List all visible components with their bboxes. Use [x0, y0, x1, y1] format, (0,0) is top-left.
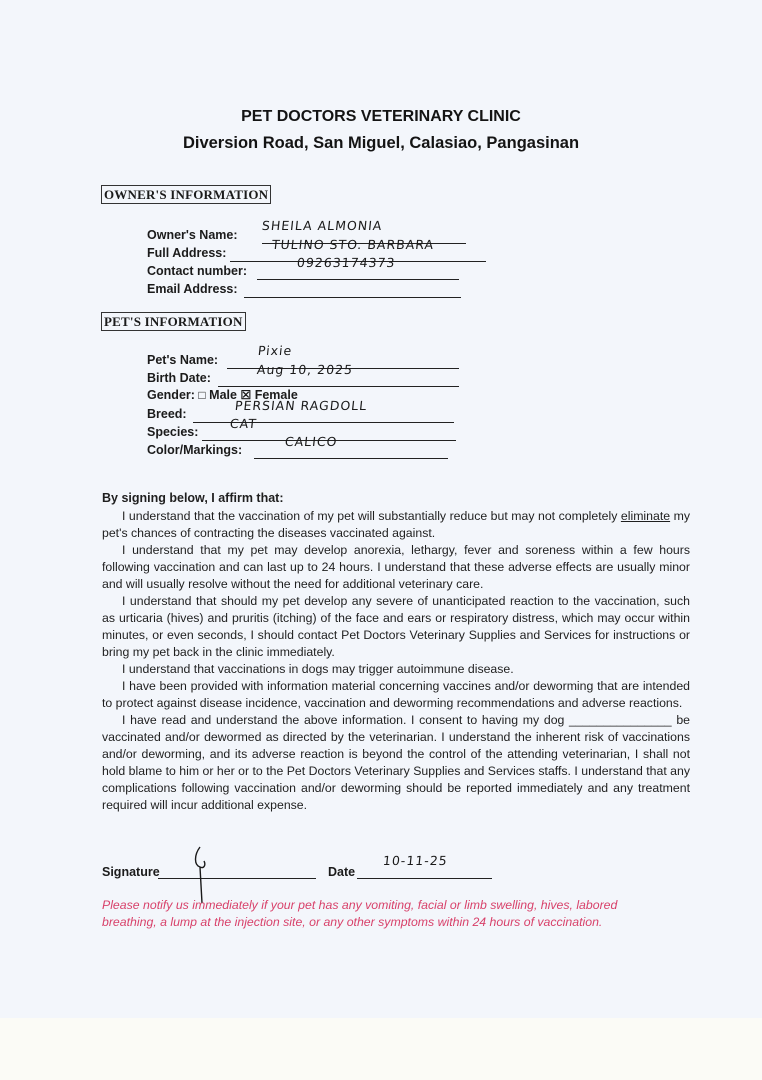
date-value: 10-11-25 [382, 853, 448, 868]
post-vaccination-notice: Please notify us immediately if your pet… [102, 897, 662, 931]
signature-label: Signature [102, 864, 160, 880]
pet-name-label: Pet's Name: [147, 352, 218, 368]
full-address-label: Full Address: [147, 245, 226, 261]
email-address-label: Email Address: [147, 281, 238, 297]
affirmation-paragraph-4: I understand that vaccinations in dogs m… [102, 661, 690, 678]
birth-date-label: Birth Date: [147, 370, 211, 386]
signature-mark [190, 845, 214, 905]
birth-date-value: Aug 10, 2025 [256, 362, 354, 377]
full-address-value: TULINO STO. BARBARA [271, 237, 435, 252]
color-markings-value: CALICO [284, 434, 338, 449]
color-markings-label: Color/Markings: [147, 442, 242, 458]
clinic-address: Diversion Road, San Miguel, Calasiao, Pa… [0, 134, 762, 153]
pet-section-heading: PET'S INFORMATION [101, 312, 246, 331]
breed-label: Breed: [147, 406, 187, 422]
email-address-field[interactable] [244, 281, 461, 298]
species-value: CAT [229, 416, 258, 431]
signature-field[interactable] [158, 862, 316, 879]
affirmation-paragraph-2: I understand that my pet may develop ano… [102, 542, 690, 593]
affirmation-lead: By signing below, I affirm that: [102, 490, 690, 507]
breed-value: PERSIAN RAGDOLL [234, 398, 368, 413]
affirmation-paragraph-3: I understand that should my pet develop … [102, 593, 690, 661]
gender-male-checkbox[interactable]: □ [198, 388, 205, 402]
gender-label: Gender: [147, 388, 195, 402]
contact-number-value: 09263174373 [296, 255, 396, 270]
affirmation-paragraph-6: I have read and understand the above inf… [102, 712, 690, 814]
gender-male-label: Male [209, 388, 237, 402]
affirmation-paragraph-1: I understand that the vaccination of my … [102, 508, 690, 542]
species-label: Species: [147, 424, 198, 440]
contact-number-label: Contact number: [147, 263, 247, 279]
owner-name-value: SHEILA ALMONIA [261, 218, 383, 233]
color-markings-field[interactable] [254, 442, 448, 459]
owner-name-label: Owner's Name: [147, 227, 238, 243]
date-label: Date [328, 864, 355, 880]
pet-name-value: Pixie [257, 343, 293, 358]
owner-section-heading: OWNER'S INFORMATION [101, 185, 271, 204]
clinic-name: PET DOCTORS VETERINARY CLINIC [0, 108, 762, 126]
affirmation-block: By signing below, I affirm that: I under… [102, 490, 690, 814]
scan-bottom-margin [0, 1018, 762, 1080]
affirmation-paragraph-5: I have been provided with information ma… [102, 678, 690, 712]
